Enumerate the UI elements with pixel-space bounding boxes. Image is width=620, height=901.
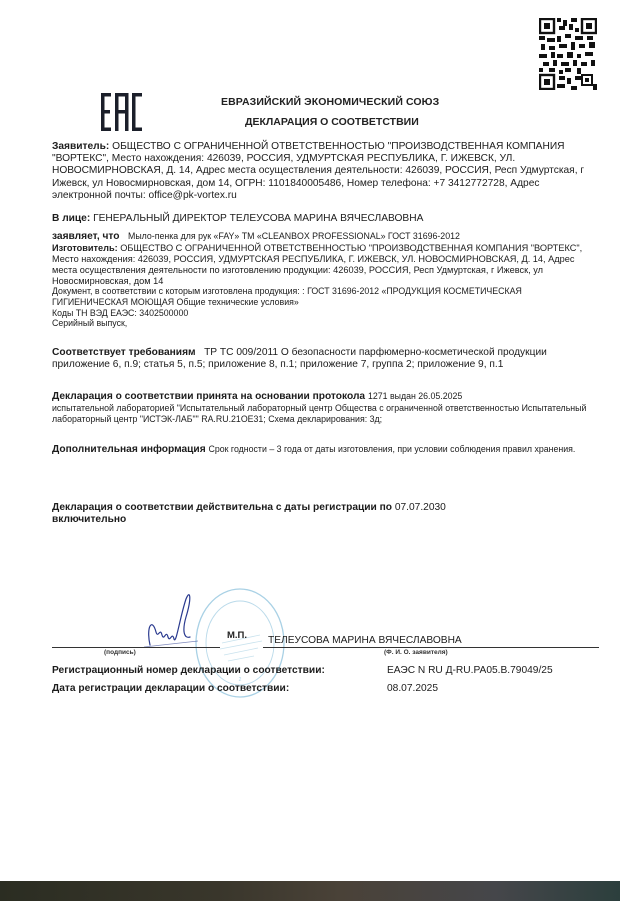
name-line [263, 647, 599, 648]
conforms-section: Соответствует требованиям ТР ТС 009/2011… [52, 347, 597, 371]
validity-date: 07.07.2030 [395, 502, 446, 513]
in-person-section: В лице: ГЕНЕРАЛЬНЫЙ ДИРЕКТОР ТЕЛЕУСОВА М… [52, 213, 597, 225]
codes-text: Коды ТН ВЭД ЕАЭС: 3402500000 [52, 308, 597, 319]
signature-line [52, 647, 220, 648]
signature-icon [142, 587, 202, 649]
registration-number-value: ЕАЭС N RU Д-RU.РА05.В.79049/25 [387, 665, 553, 676]
applicant-section: Заявитель: ОБЩЕСТВО С ОГРАНИЧЕННОЙ ОТВЕТ… [52, 141, 597, 202]
validity-label: Декларация о соответствии действительна … [52, 502, 392, 513]
applicant-text: ОБЩЕСТВО С ОГРАНИЧЕННОЙ ОТВЕТСТВЕННОСТЬЮ… [52, 141, 584, 201]
eac-mark-icon [101, 93, 143, 131]
validity-suffix: включительно [52, 514, 597, 526]
in-person-text: ГЕНЕРАЛЬНЫЙ ДИРЕКТОР ТЕЛЕУСОВА МАРИНА ВЯ… [93, 213, 423, 224]
union-title: ЕВРАЗИЙСКИЙ ЭКОНОМИЧЕСКИЙ СОЮЗ [221, 96, 439, 108]
declaration-page: ЕВРАЗИЙСКИЙ ЭКОНОМИЧЕСКИЙ СОЮЗ ДЕКЛАРАЦИ… [0, 0, 620, 881]
registration-date-label: Дата регистрации декларации о соответств… [52, 683, 289, 694]
additional-label: Дополнительная информация [52, 444, 206, 455]
protocol-label: Декларация о соответствии принята на осн… [52, 391, 365, 402]
signature-caption: (подпись) [104, 649, 136, 656]
signature-area: 2 М.П. ТЕЛЕУСОВА МАРИНА ВЯЧЕСЛАВОВНА (по… [52, 585, 597, 695]
protocol-section: Декларация о соответствии принята на осн… [52, 390, 597, 424]
protocol-number: 1271 выдан 26.05.2025 [368, 391, 462, 401]
validity-section: Декларация о соответствии действительна … [52, 502, 597, 526]
seal-place-label: М.П. [227, 630, 247, 641]
applicant-label: Заявитель: [52, 141, 109, 152]
registration-number-label: Регистрационный номер декларации о соотв… [52, 665, 325, 676]
in-person-label: В лице: [52, 213, 90, 224]
product-text: Мыло-пенка для рук «FAY» ТМ «CLEANBOX PR… [128, 231, 460, 241]
qr-code-icon [539, 18, 597, 90]
additional-section: Дополнительная информация Срок годности … [52, 444, 597, 456]
additional-text: Срок годности – 3 года от даты изготовле… [209, 444, 576, 454]
conforms-label: Соответствует требованиям [52, 347, 196, 358]
fio-caption: (Ф. И. О. заявителя) [384, 649, 448, 656]
declares-section: заявляет, что Мыло-пенка для рук «FAY» Т… [52, 230, 597, 329]
document-basis-text: Документ, в соответствии с которым изгот… [52, 286, 597, 307]
protocol-details: испытательной лабораторией "Испытательны… [52, 403, 597, 424]
declares-label: заявляет, что [52, 231, 120, 242]
manufacturer-label: Изготовитель: [52, 243, 118, 253]
registration-date-value: 08.07.2025 [387, 683, 438, 694]
signer-name: ТЕЛЕУСОВА МАРИНА ВЯЧЕСЛАВОВНА [268, 635, 462, 646]
manufacturer-text: ОБЩЕСТВО С ОГРАНИЧЕННОЙ ОТВЕТСТВЕННОСТЬЮ… [52, 243, 582, 285]
bottom-background-strip [0, 881, 620, 901]
serial-text: Серийный выпуск, [52, 318, 597, 329]
document-title: ДЕКЛАРАЦИЯ О СООТВЕТСТВИИ [245, 116, 419, 128]
